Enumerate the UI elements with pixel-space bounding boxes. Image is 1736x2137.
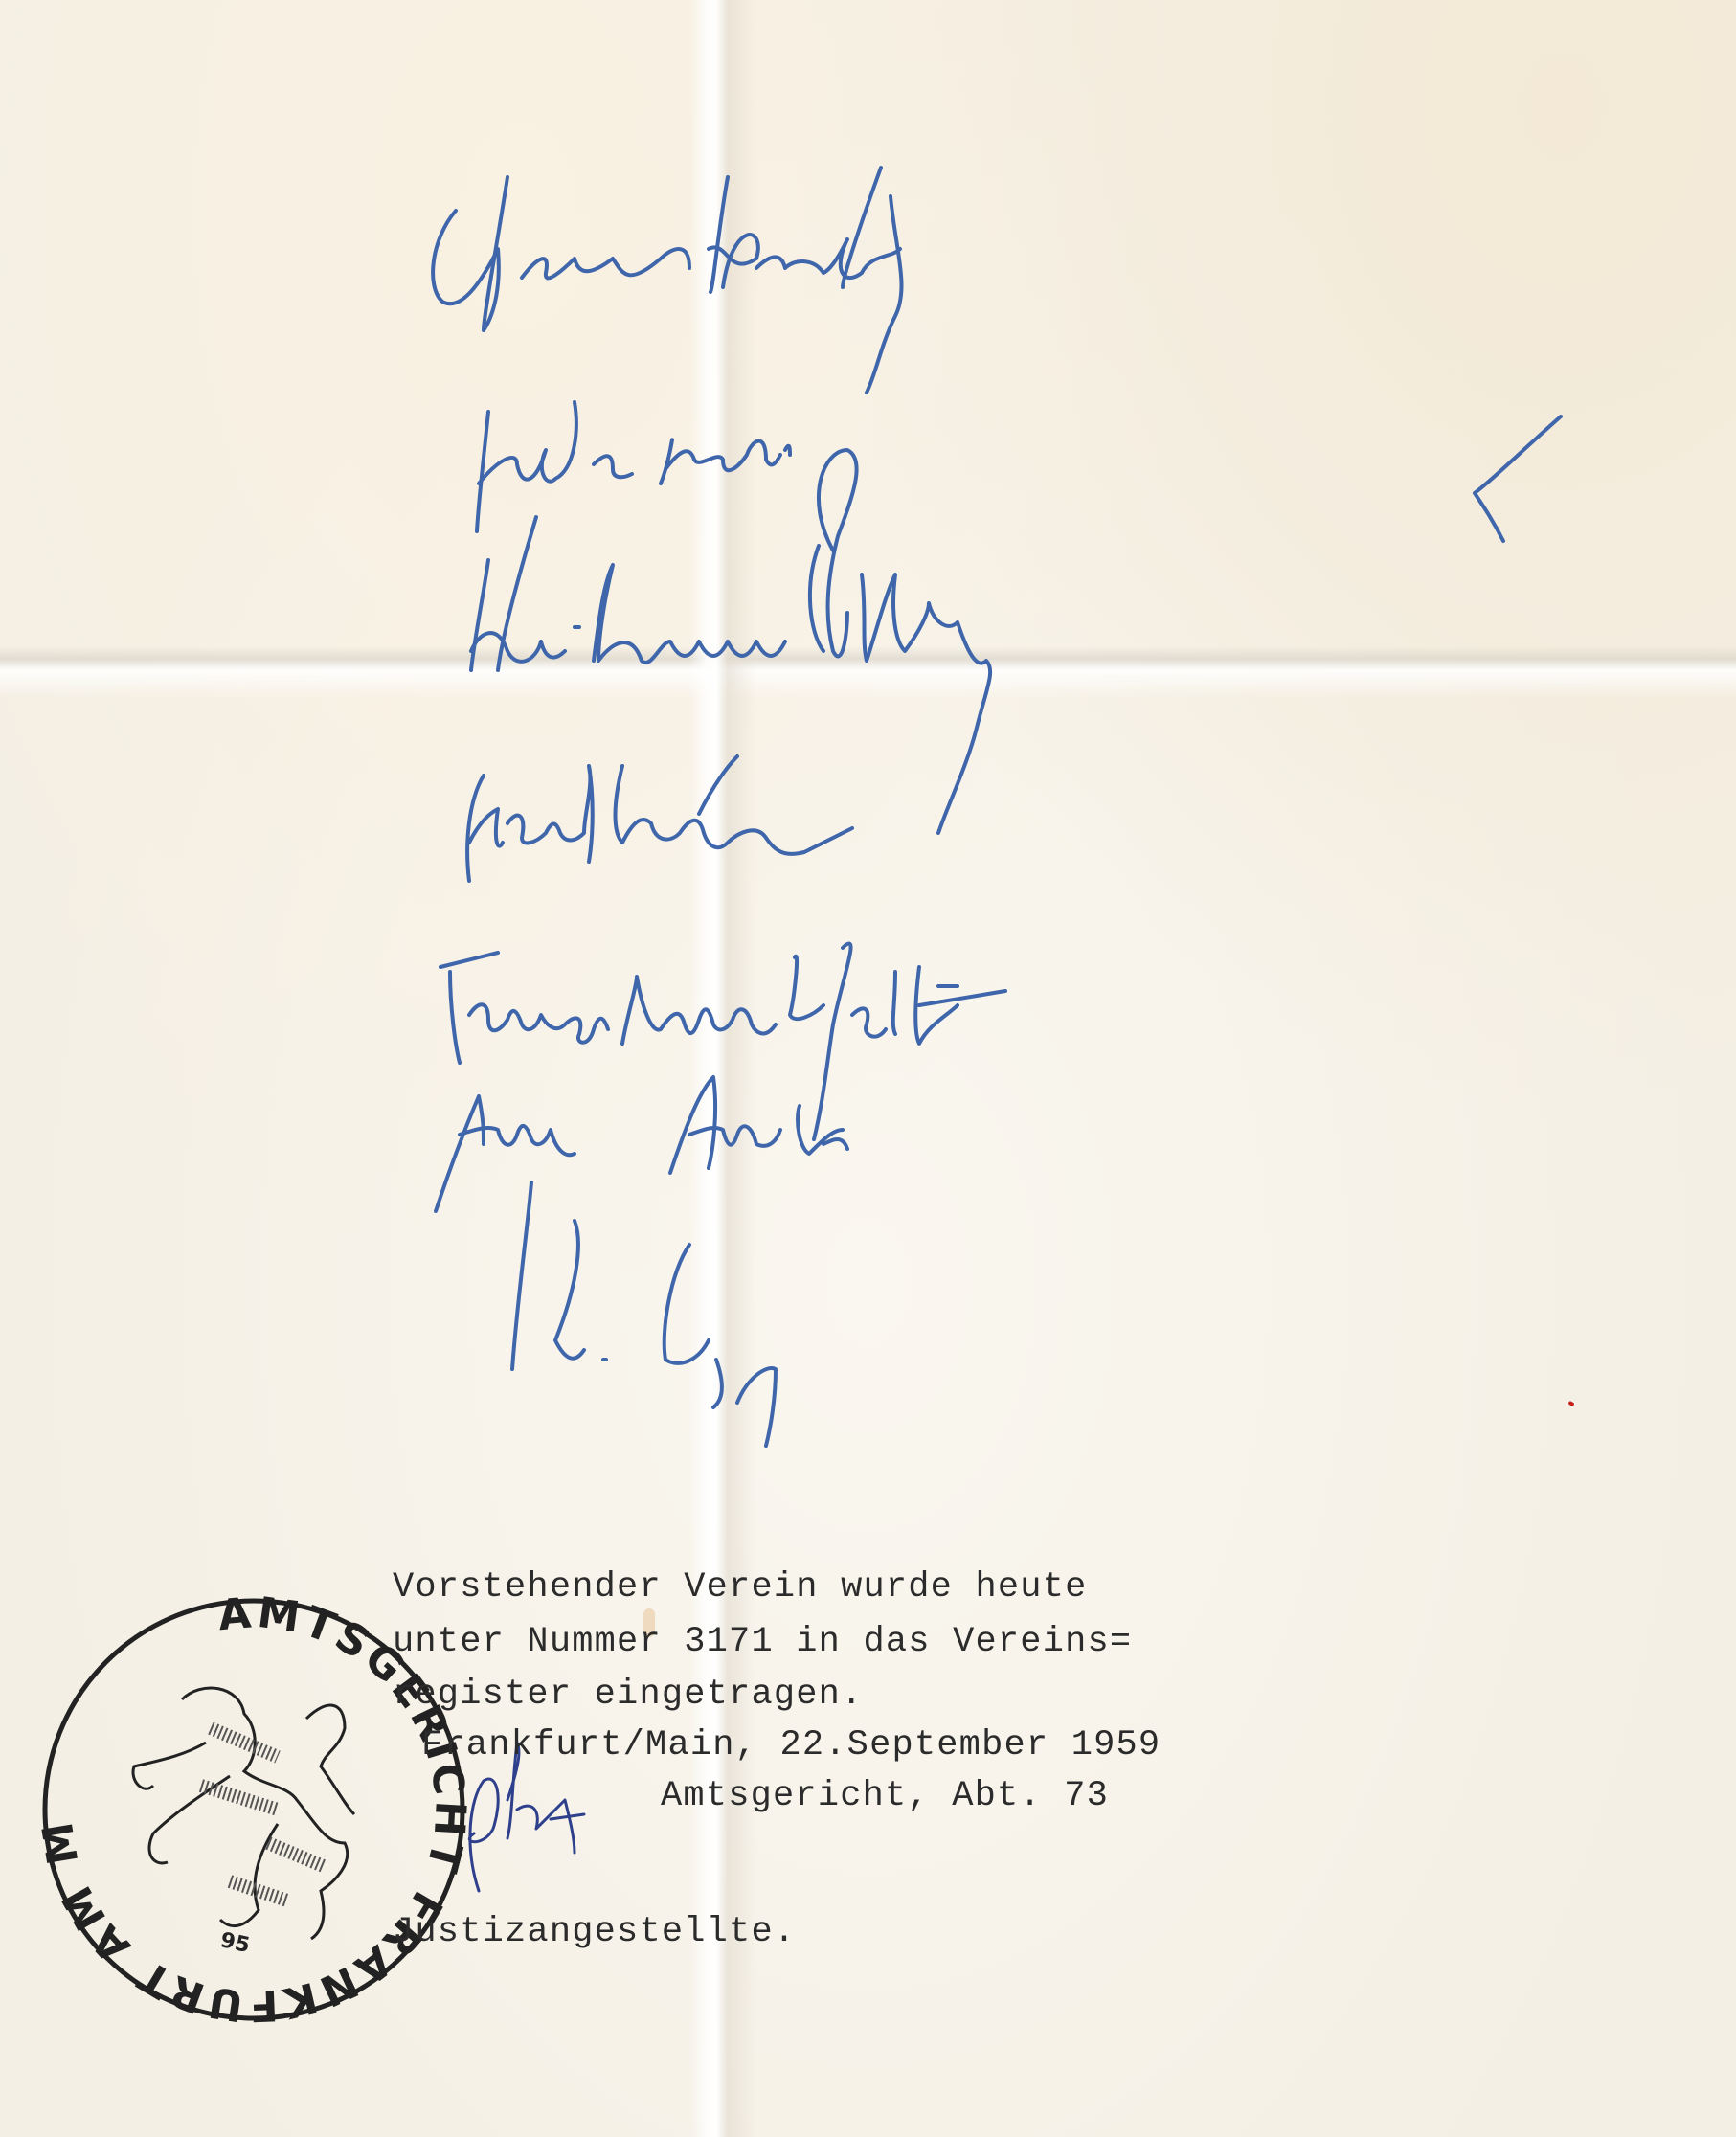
lion-rampant-icon xyxy=(133,1688,354,1939)
certification-line-6: Justizangestellte. xyxy=(393,1915,796,1950)
stamp-number: 95 xyxy=(218,1928,252,1958)
certification-line-2: unter Nummer 3171 in das Vereins= xyxy=(393,1625,1132,1660)
certification-block: Vorstehender Verein wurde heute unter Nu… xyxy=(0,0,45,248)
certification-line-4: Frankfurt/Main, 22.September 1959 xyxy=(421,1728,1161,1764)
certification-line-1: Vorstehender Verein wurde heute xyxy=(393,1570,1088,1606)
certification-line-5: Amtsgericht, Abt. 73 xyxy=(661,1779,1109,1814)
certification-line-3: register eingetragen. xyxy=(393,1677,863,1713)
